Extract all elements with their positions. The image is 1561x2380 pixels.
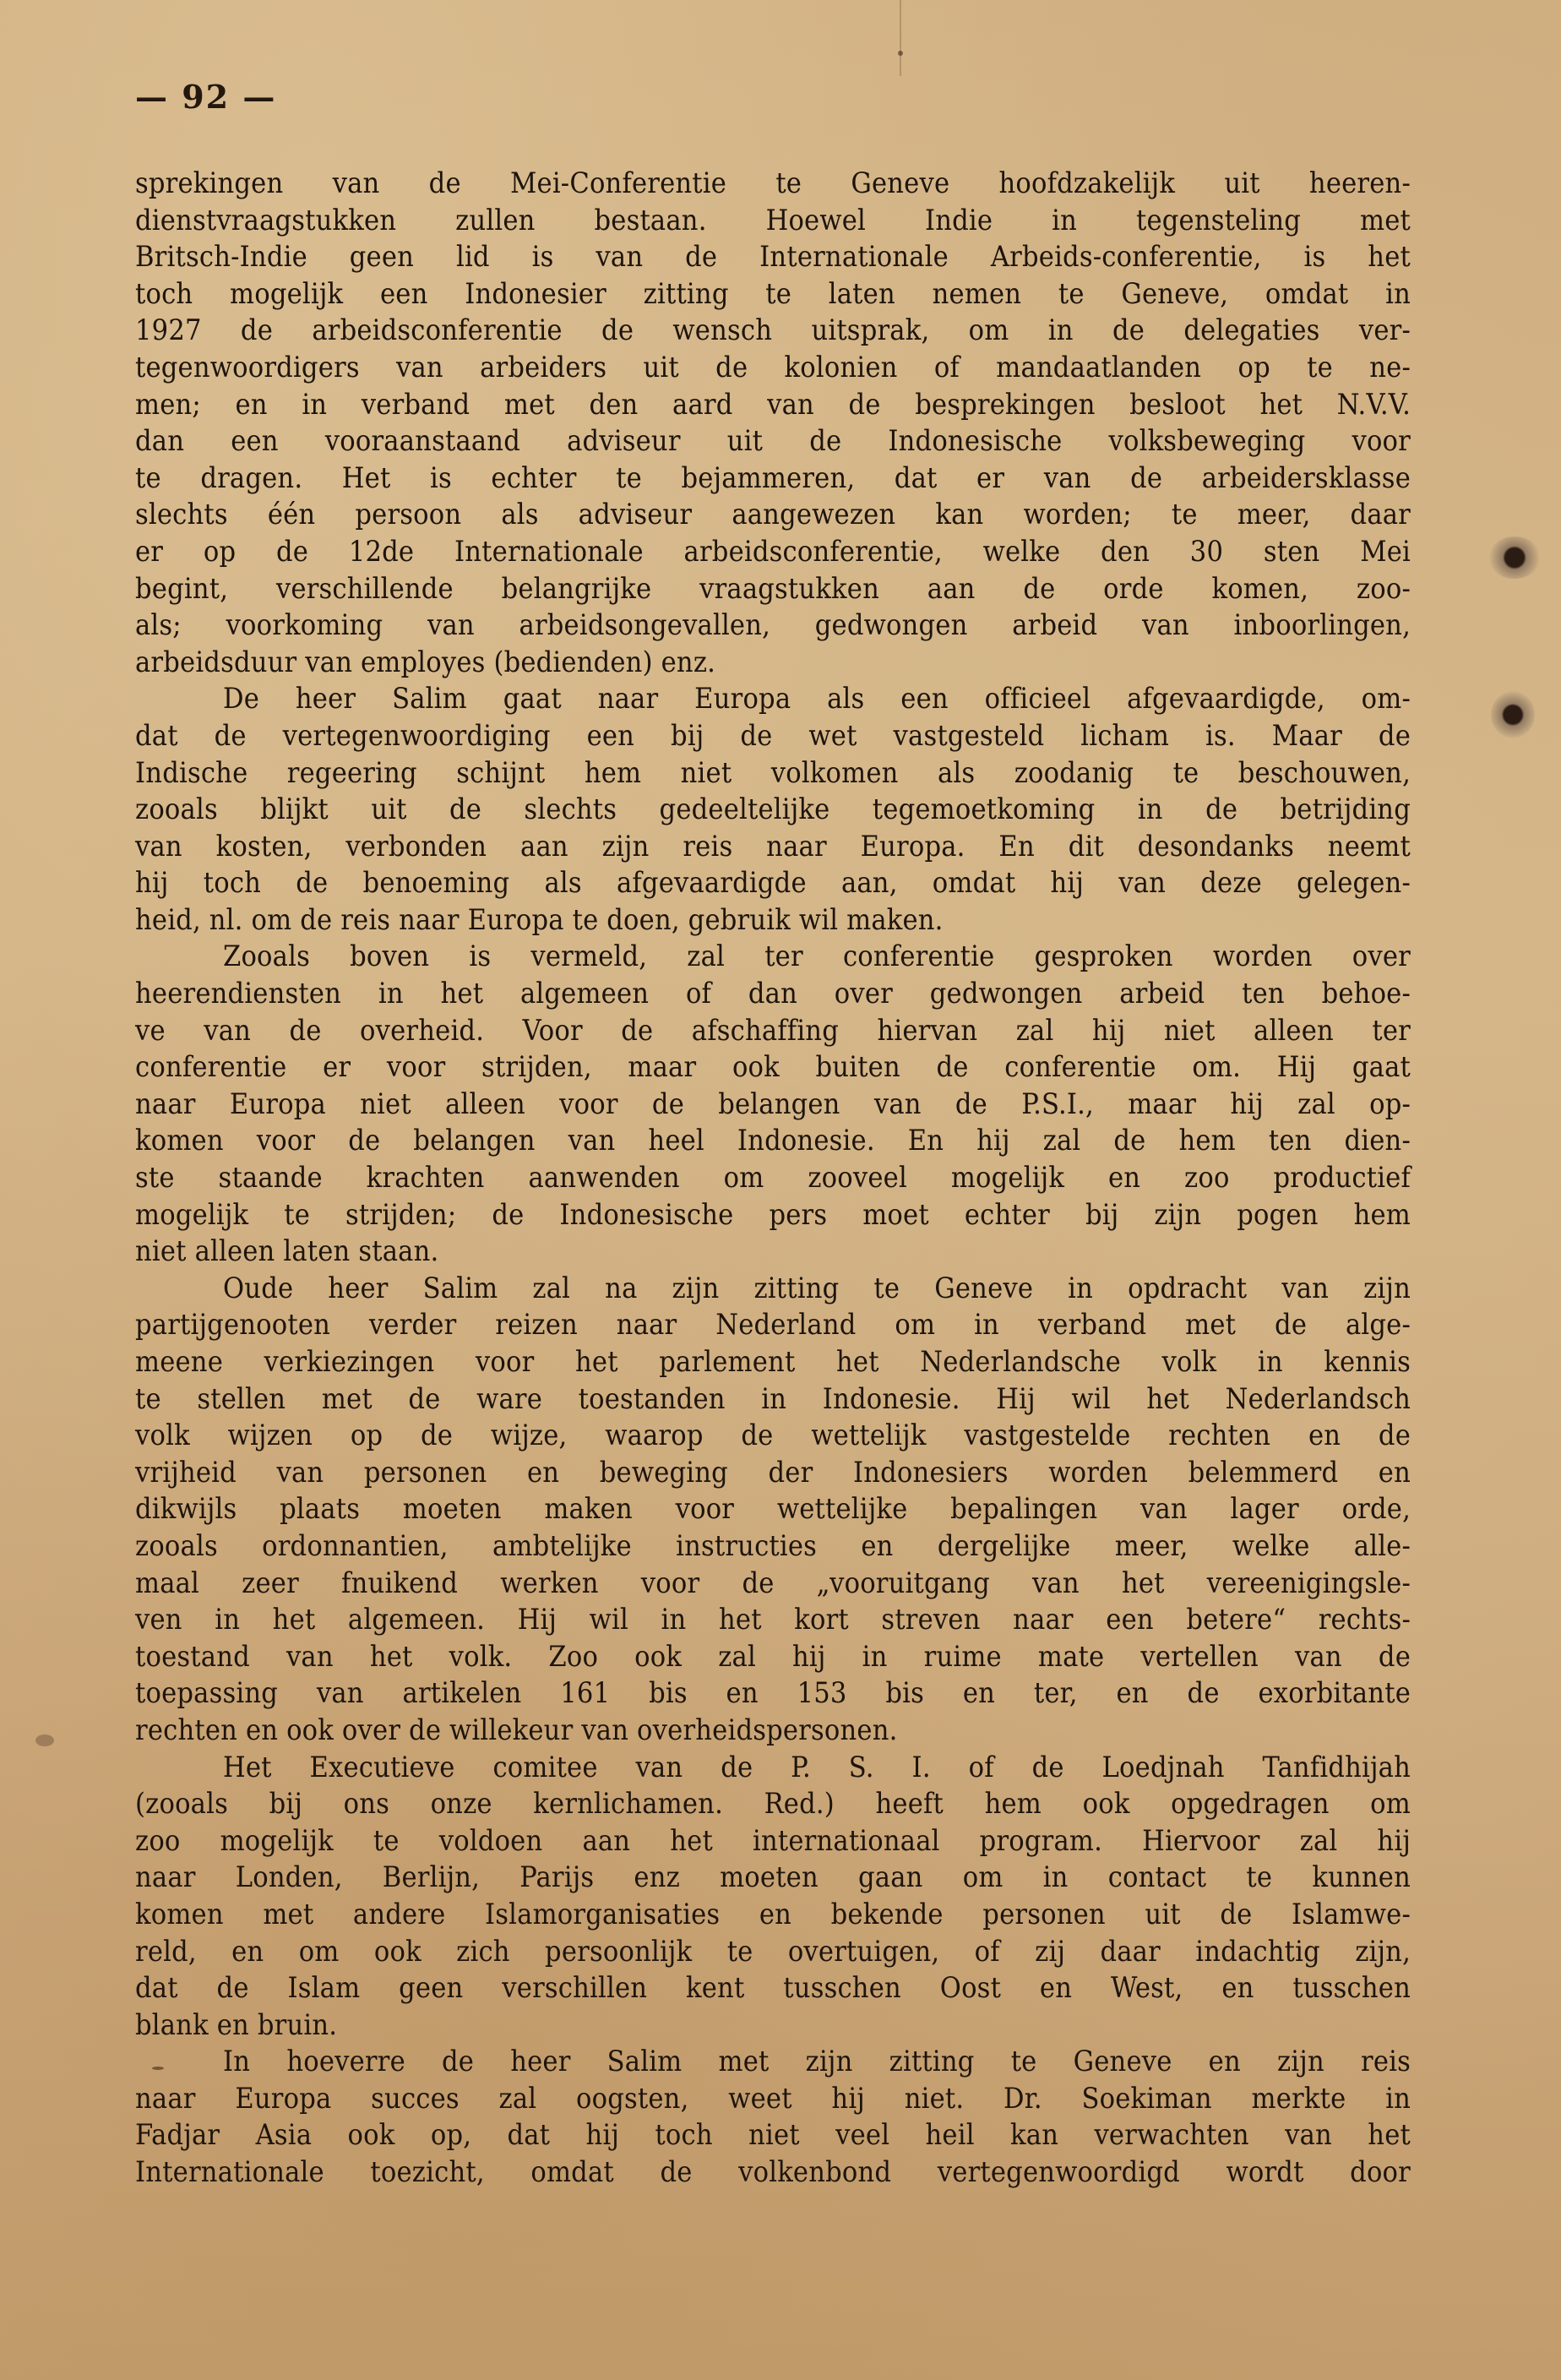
text-line: In hoeverre de heer Salim met zijn zitti…	[135, 2044, 1411, 2081]
text-line: volk wijzen op de wijze, waarop de wette…	[135, 1418, 1411, 1455]
text-line: (zooals bij ons onze kernlichamen. Red.)…	[135, 1786, 1411, 1823]
text-line: van kosten, verbonden aan zijn reis naar…	[135, 829, 1411, 866]
text-line: slechts één persoon als adviseur aangewe…	[135, 497, 1411, 534]
text-line: Het Executieve comitee van de P. S. I. o…	[135, 1750, 1411, 1787]
text-line: vrijheid van personen en beweging der In…	[135, 1455, 1411, 1492]
text-line: ve van de overheid. Voor de afschaffing …	[135, 1013, 1411, 1050]
text-line: ven in het algemeen. Hij wil in het kort…	[135, 1602, 1411, 1639]
text-line: Internationale toezicht, omdat de volken…	[135, 2154, 1411, 2192]
text-line: Indische regeering schijnt hem niet volk…	[135, 755, 1411, 792]
paper-speck	[35, 1735, 54, 1746]
text-line: arbeidsduur van employes (bedienden) enz…	[135, 645, 1411, 682]
text-line: hij toch de benoeming als afgevaardigde …	[135, 865, 1411, 902]
text-line: er op de 12de Internationale arbeidsconf…	[135, 534, 1411, 571]
text-line: De heer Salim gaat naar Europa als een o…	[135, 681, 1411, 718]
text-line: toestand van het volk. Zoo ook zal hij i…	[135, 1639, 1411, 1676]
text-line: als; voorkoming van arbeidsongevallen, g…	[135, 607, 1411, 645]
text-line: begint, verschillende belangrijke vraags…	[135, 571, 1411, 608]
text-line: naar Europa succes zal oogsten, weet hij…	[135, 2081, 1411, 2118]
text-line: partijgenooten verder reizen naar Nederl…	[135, 1307, 1411, 1344]
text-line: zoo mogelijk te voldoen aan het internat…	[135, 1823, 1411, 1860]
text-line: Fadjar Asia ook op, dat hij toch niet ve…	[135, 2117, 1411, 2154]
paper-speck	[898, 51, 903, 56]
paper-speck	[152, 2067, 164, 2070]
text-line: Oude heer Salim zal na zijn zitting te G…	[135, 1271, 1411, 1308]
text-line: toch mogelijk een Indonesier zitting te …	[135, 276, 1411, 313]
text-line: naar Europa niet alleen voor de belangen…	[135, 1087, 1411, 1124]
paper-fold-crease	[900, 0, 901, 76]
text-line: ste staande krachten aanwenden om zoovee…	[135, 1160, 1411, 1197]
text-line: dat de Islam geen verschillen kent tussc…	[135, 1970, 1411, 2007]
text-line: meene verkiezingen voor het parlement he…	[135, 1344, 1411, 1381]
text-line: komen met andere Islamorganisaties en be…	[135, 1897, 1411, 1934]
text-line: heid, nl. om de reis naar Europa te doen…	[135, 902, 1411, 939]
text-line: rechten en ook over de willekeur van ove…	[135, 1713, 1411, 1750]
text-line: komen voor de belangen van heel Indonesi…	[135, 1123, 1411, 1160]
text-line: dan een vooraanstaand adviseur uit de In…	[135, 423, 1411, 460]
text-line: maal zeer fnuikend werken voor de „vooru…	[135, 1566, 1411, 1603]
text-line: mogelijk te strijden; de Indonesische pe…	[135, 1197, 1411, 1234]
text-line: zooals blijkt uit de slechts gedeeltelij…	[135, 792, 1411, 829]
text-line: blank en bruin.	[135, 2007, 1411, 2045]
text-line: conferentie er voor strijden, maar ook b…	[135, 1049, 1411, 1087]
text-line: reld, en om ook zich persoonlijk te over…	[135, 1934, 1411, 1971]
text-line: dienstvraagstukken zullen bestaan. Hoewe…	[135, 203, 1411, 240]
text-line: sprekingen van de Mei-Conferentie te Gen…	[135, 166, 1411, 203]
text-line: men; en in verband met den aard van de b…	[135, 387, 1411, 424]
text-line: niet alleen laten staan.	[135, 1234, 1411, 1271]
text-line: heerendiensten in het algemeen of dan ov…	[135, 976, 1411, 1013]
text-line: tegenwoordigers van arbeiders uit de kol…	[135, 350, 1411, 387]
text-line: te dragen. Het is echter te bejammeren, …	[135, 460, 1411, 498]
text-line: toepassing van artikelen 161 bis en 153 …	[135, 1675, 1411, 1713]
paper-hole-blot	[1488, 536, 1541, 579]
body-text: sprekingen van de Mei-Conferentie te Gen…	[135, 166, 1411, 2192]
text-line: 1927 de arbeidsconferentie de wensch uit…	[135, 313, 1411, 350]
text-line: Britsch-Indie geen lid is van de Interna…	[135, 239, 1411, 276]
text-line: dikwijls plaats moeten maken voor wettel…	[135, 1491, 1411, 1528]
page-number: — 92 —	[135, 78, 276, 116]
paper-hole-blot	[1491, 691, 1535, 738]
text-line: naar Londen, Berlijn, Parijs enz moeten …	[135, 1860, 1411, 1897]
text-line: te stellen met de ware toestanden in Ind…	[135, 1381, 1411, 1419]
text-line: Zooals boven is vermeld, zal ter confere…	[135, 939, 1411, 976]
text-line: dat de vertegenwoordiging een bij de wet…	[135, 718, 1411, 755]
text-line: zooals ordonnantien, ambtelijke instruct…	[135, 1528, 1411, 1566]
